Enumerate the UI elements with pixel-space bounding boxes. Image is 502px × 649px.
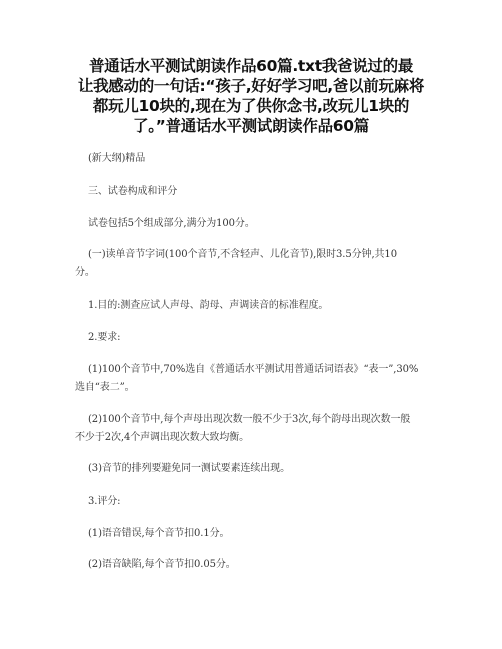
paragraph-subtitle: (新大纲)精品 — [75, 150, 430, 168]
paragraph: (2)语音缺陷,每个音节扣0.05分。 — [75, 556, 430, 574]
paragraph-line: 2.要求: — [75, 329, 430, 347]
paragraph-line: 1.目的:测查应试人声母、韵母、声调读音的标准程度。 — [75, 297, 430, 315]
document-page: 普通话水平测试朗读作品60篇.txt我爸说过的最 让我感动的一句话:“孩子,好好… — [0, 0, 502, 649]
paragraph: 3.评分: — [75, 493, 430, 511]
paragraph: (2)100个音节中,每个声母出现次数一般不少于3次,每个韵母出现次数一般 不少… — [75, 411, 430, 446]
paragraph-line: (1)语音错误,每个音节扣0.1分。 — [75, 525, 430, 543]
paragraph-line: (3)音节的排列要避免同一测试要素连续出现。 — [75, 460, 430, 478]
title-line: 让我感动的一句话:“孩子,好好学习吧,爸以前玩麻将 — [72, 76, 430, 96]
paragraph-line: 选自“表二”。 — [75, 379, 430, 397]
paragraph-line: (2)100个音节中,每个声母出现次数一般不少于3次,每个韵母出现次数一般 — [75, 411, 430, 429]
section-heading: 三、试卷构成和评分 — [75, 183, 430, 201]
title-line: 都玩儿10块的,现在为了供你念书,改玩儿1块的 — [72, 96, 430, 116]
paragraph: 1.目的:测查应试人声母、韵母、声调读音的标准程度。 — [75, 297, 430, 315]
paragraph-line: (新大纲)精品 — [75, 150, 430, 168]
paragraph: (3)音节的排列要避免同一测试要素连续出现。 — [75, 460, 430, 478]
paragraph-line: 三、试卷构成和评分 — [75, 183, 430, 201]
paragraph: (1)语音错误,每个音节扣0.1分。 — [75, 525, 430, 543]
paragraph-line: (1)100个音节中,70%选自《普通话水平测试用普通话词语表》“表一”,30% — [75, 361, 430, 379]
paragraph-line: (2)语音缺陷,每个音节扣0.05分。 — [75, 556, 430, 574]
paragraph-line: 不少于2次,4个声调出现次数大致均衡。 — [75, 429, 430, 447]
paragraph-line: (一)读单音节字词(100个音节,不含轻声、儿化音节),限时3.5分钟,共10 — [75, 246, 430, 264]
paragraph: (一)读单音节字词(100个音节,不含轻声、儿化音节),限时3.5分钟,共10 … — [75, 246, 430, 281]
paragraph: (1)100个音节中,70%选自《普通话水平测试用普通话词语表》“表一”,30%… — [75, 361, 430, 396]
title-line: 普通话水平测试朗读作品60篇.txt我爸说过的最 — [72, 56, 430, 76]
document-title: 普通话水平测试朗读作品60篇.txt我爸说过的最 让我感动的一句话:“孩子,好好… — [72, 56, 430, 136]
paragraph: 试卷包括5个组成部分,满分为100分。 — [75, 215, 430, 233]
paragraph-line: 分。 — [75, 264, 430, 282]
paragraph-line: 3.评分: — [75, 493, 430, 511]
paragraph-line: 试卷包括5个组成部分,满分为100分。 — [75, 215, 430, 233]
paragraph: 2.要求: — [75, 329, 430, 347]
title-line: 了。”普通话水平测试朗读作品60篇 — [72, 116, 430, 136]
